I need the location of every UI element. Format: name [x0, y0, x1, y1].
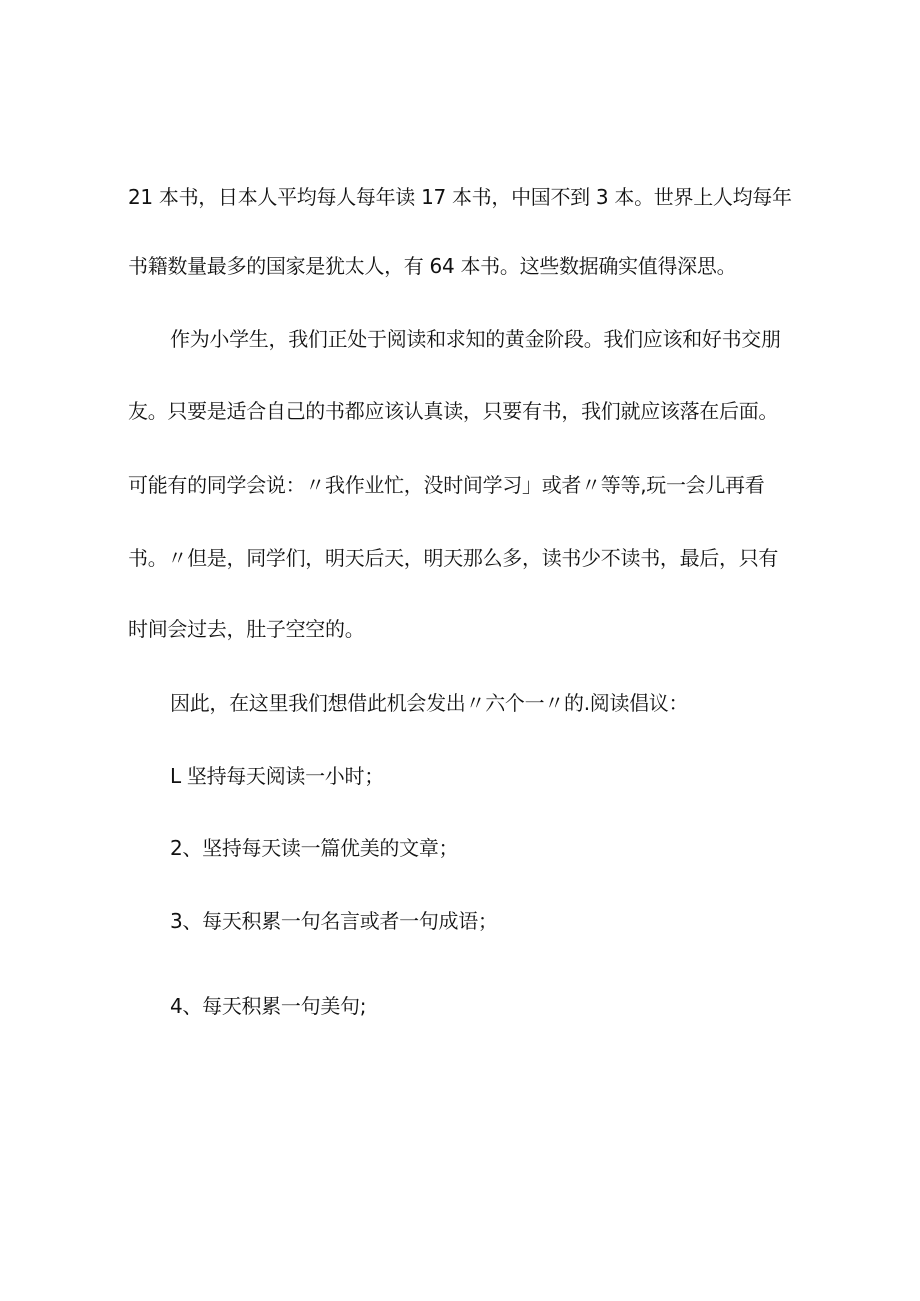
paragraph-students-line-3: 可能有的同学会说：〃我作业忙，没时间学习」或者〃等等,玩一会儿再看: [128, 470, 808, 500]
paragraph-students-line-1: 作为小学生，我们正处于阅读和求知的黄金阶段。我们应该和好书交朋: [170, 324, 850, 354]
paragraph-students-line-5: 时间会过去，肚子空空的。: [128, 614, 808, 644]
document-page: 21 本书，日本人平均每人每年读 17 本书，中国不到 3 本。世界上人均每年 …: [0, 0, 920, 1301]
paragraph-students-line-2: 友。只要是适合自己的书都应该认真读，只要有书，我们就应该落在后面。: [128, 396, 808, 426]
list-item-2: 2、坚持每天读一篇优美的文章；: [170, 833, 850, 863]
paragraph-initiative-intro: 因此，在这里我们想借此机会发出〃六个一〃的.阅读倡议：: [170, 688, 850, 718]
paragraph-statistics-line-2: 书籍数量最多的国家是犹太人，有 64 本书。这些数据确实值得深思。: [128, 251, 808, 281]
paragraph-statistics-line-1: 21 本书，日本人平均每人每年读 17 本书，中国不到 3 本。世界上人均每年: [128, 182, 808, 212]
list-item-1: L 坚持每天阅读一小时；: [170, 761, 850, 791]
list-item-3: 3、每天积累一句名言或者一句成语；: [170, 906, 850, 936]
paragraph-students-line-4: 书。〃但是，同学们，明天后天，明天那么多，读书少不读书，最后，只有: [128, 543, 808, 573]
list-item-4: 4、每天积累一句美句;: [170, 991, 850, 1021]
